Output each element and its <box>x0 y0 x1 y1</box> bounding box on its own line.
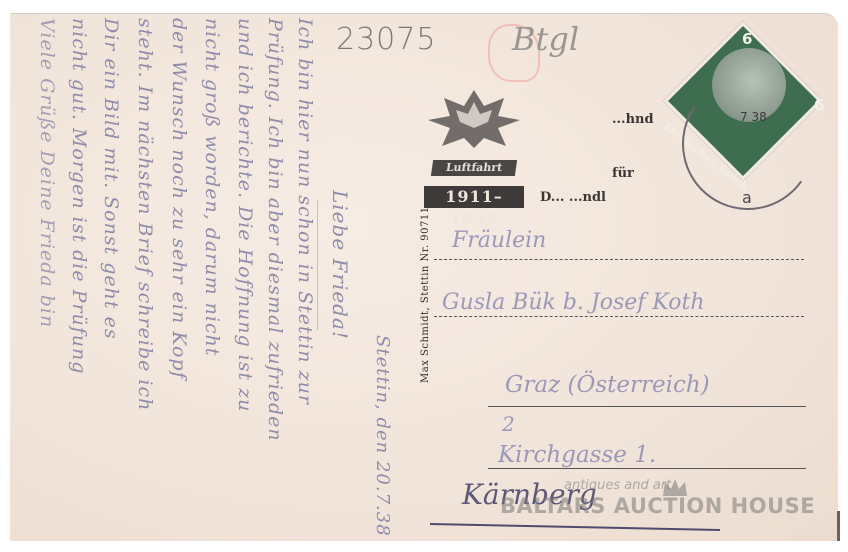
message-line: und ich berichte. Die Hoffnung ist zu <box>234 18 256 412</box>
stamp-value: 6 <box>742 30 752 48</box>
pencil-note: Btgl <box>512 20 579 58</box>
address-name: Gusla Bük b. Josef Koth <box>442 290 705 315</box>
cancel-word: Luftfahrt <box>431 160 517 176</box>
stamp-value: 6 <box>814 96 824 114</box>
greeting-divider <box>317 200 318 330</box>
cancel-text: für <box>612 166 634 181</box>
address-line <box>488 406 806 407</box>
cancel-years: 1911–1938 <box>424 186 524 208</box>
message-line: Dir ein Bild mit. Sonst geht es <box>100 18 122 340</box>
address-line <box>434 316 804 317</box>
address-line <box>488 468 806 469</box>
message-line: Viele Grüße Deine Frieda bin <box>36 18 58 328</box>
message-line: nicht groß worden, darum nicht <box>201 18 223 356</box>
message-greeting: Liebe Frieda! <box>328 190 352 340</box>
message-line: nicht gut. Morgen ist die Prüfung <box>68 18 90 374</box>
watermark-brand: BALTARS AUCTION HOUSE <box>500 494 815 518</box>
postmark-letter: a <box>742 188 752 207</box>
message-place-date: Stettin, den 20.7.38 <box>372 335 393 537</box>
message-line: steht. Im nächsten Brief schreibe ich <box>134 18 156 411</box>
address-district: 2 <box>502 412 515 436</box>
address-line <box>434 259 804 260</box>
message-line: Ich bin hier nun schon in Stettin zur <box>294 18 316 405</box>
cancel-text: D... ...ndl <box>540 190 606 205</box>
publisher-imprint: Max Schmidt, Stettin Nr. 90711 <box>420 206 431 383</box>
inventory-number: 23075 <box>336 22 436 57</box>
cancel-text: ...hnd <box>612 112 654 127</box>
address-city: Graz (Österreich) <box>505 372 710 398</box>
postmark-date: 7 38 <box>740 110 767 124</box>
star-icon <box>426 88 522 148</box>
address-street: Kirchgasse 1. <box>498 442 656 468</box>
watermark-tagline: antiques and art <box>564 478 671 493</box>
address-salutation: Fräulein <box>452 228 546 253</box>
message-line: der Wunsch noch zu sehr ein Kopf <box>168 18 190 380</box>
slogan-cancel: Luftfahrt 1911–1938 ...hnd für D... ...n… <box>422 84 652 214</box>
message-line: Prüfung. Ich bin aber diesmal zufrieden <box>264 18 286 442</box>
